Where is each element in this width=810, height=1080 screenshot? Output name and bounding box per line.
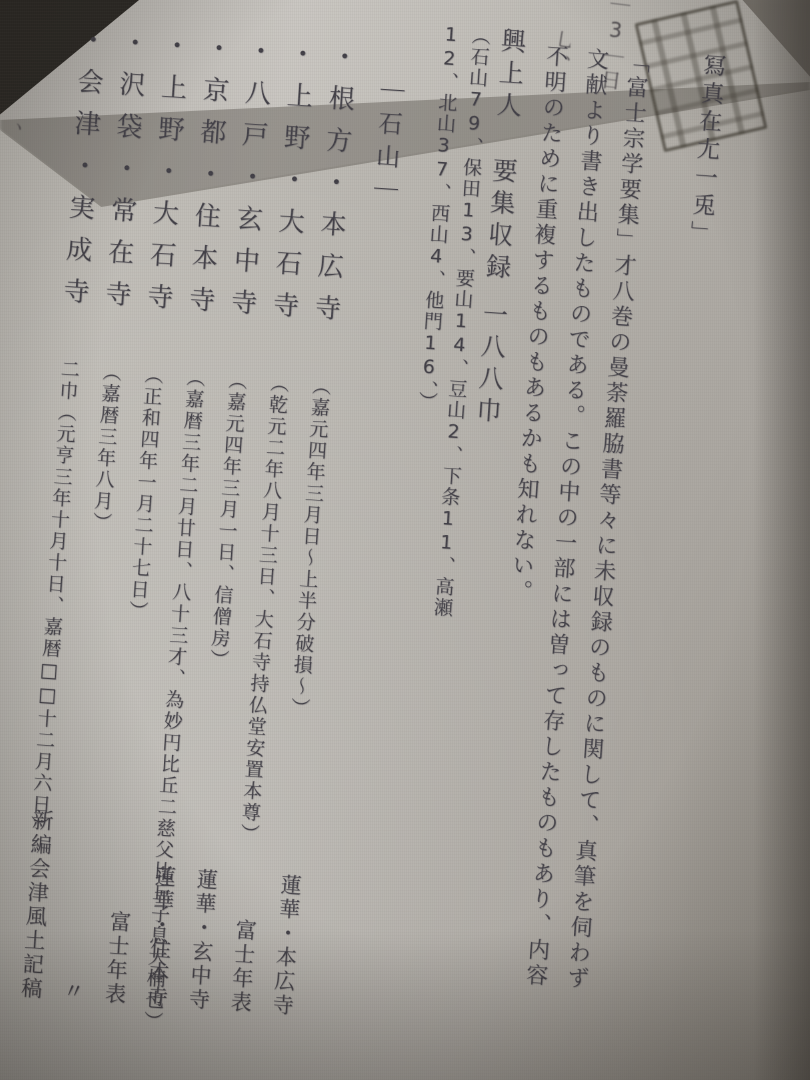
source-citation: 〃 xyxy=(57,979,89,1005)
source-citation: 蓮華・住本寺 xyxy=(141,865,180,1011)
source-citation: 富士年表 xyxy=(99,910,135,1008)
section-title: 興上人 xyxy=(492,27,527,125)
partial-handwriting-fragment: ヽ xyxy=(4,116,30,140)
temple-date-note: （正和四年一月二十七日） xyxy=(125,364,164,623)
source-citation: 新編会津風土記稿 xyxy=(15,808,58,1002)
source-citation: 蓮華・本広寺 xyxy=(266,873,305,1019)
photographed-manuscript-page: ｜3｜日 乚、 ヽ 冩真在尢一兎」 「富士宗学要集」才八巻の曼荼羅脇書等々に未収… xyxy=(0,0,810,1080)
collection-label: 要集収録 xyxy=(481,157,518,287)
handwritten-text-block: 冩真在尢一兎」 「富士宗学要集」才八巻の曼荼羅脇書等々に未収録のものに関して、真… xyxy=(4,0,726,1045)
temple-date-note: （嘉暦三年八月） xyxy=(89,361,122,534)
source-citation: 富士年表 xyxy=(224,918,260,1016)
source-citation: 蓮華・玄中寺 xyxy=(183,867,222,1013)
collection-total: 一八八巾 xyxy=(472,300,509,430)
temple-date-note: （嘉元四年三月一日、信僧房） xyxy=(206,370,248,672)
